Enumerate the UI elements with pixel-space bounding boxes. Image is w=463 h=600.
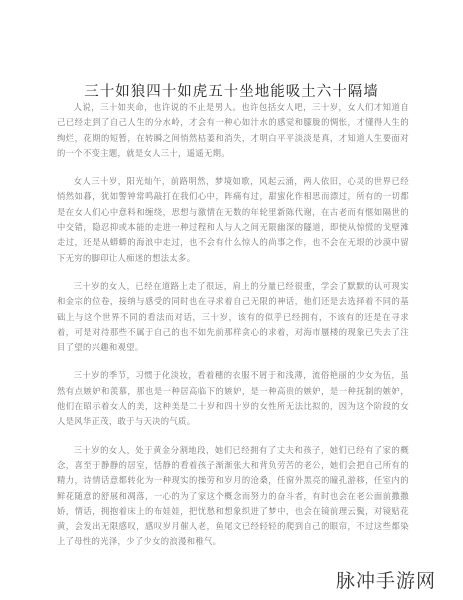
paragraph: 三十岁的女人，处于黄金分割地段，她们已经拥有了丈夫和孩子，她们已经有了家的概念，… [57,443,409,550]
paragraph: 人说，三十如夹命，也许说的不止是男人。也许包括女人吧，三十岁，女人们才知道自己已… [57,100,409,161]
document-title: 三十如狼四十如虎五十坐地能吸土六十隔墙 [0,80,463,101]
document-body: 人说，三十如夹命，也许说的不止是男人。也许包括女人吧，三十岁，女人们才知道自己已… [57,100,409,563]
paragraph: 三十岁的季节，习惯于化淡妆，看着穗的衣服不屑于和浅薄，流俗艳丽的少女为伍，虽然有… [57,368,409,429]
paragraph: 三十岁的女人，已经在道路上走了很远，肩上的分量已经很重，学会了默默的认可现实和金… [57,279,409,355]
watermark-logo-text: 脉冲手游网 [336,566,436,593]
paragraph: 女人三十岁，阳光灿午，前路明然，梦境如歌，风起云涌，两人依旧，心灵的世界已经悄然… [57,174,409,266]
